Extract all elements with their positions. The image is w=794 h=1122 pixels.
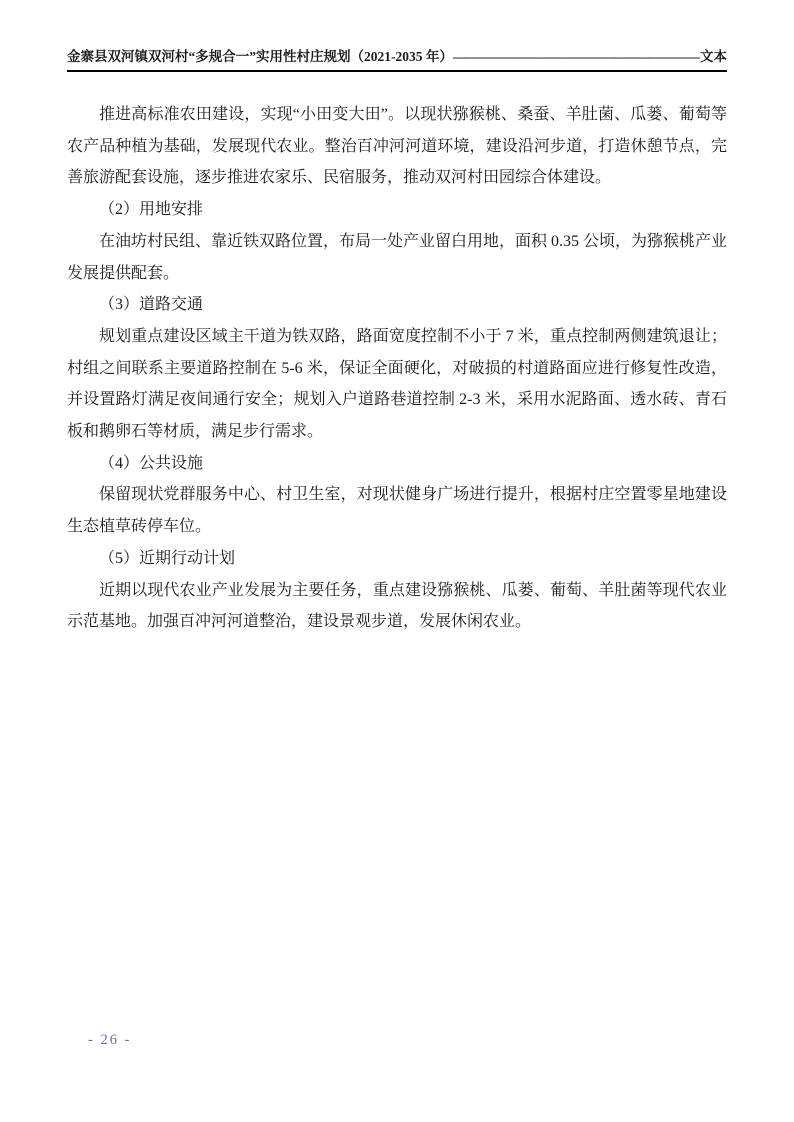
page-header: 金寨县双河镇双河村“多规合一”实用性村庄规划（2021-2035 年） ————… (67, 48, 727, 72)
header-dash-line: —————————————————————— (453, 48, 700, 65)
paragraph: 在油坊村民组、靠近铁双路位置，布局一处产业留白用地，面积 0.35 公顷，为猕猴… (67, 226, 727, 289)
section-heading: （3）道路交通 (67, 289, 727, 321)
paragraph: 规划重点建设区域主干道为铁双路，路面宽度控制不小于 7 米，重点控制两侧建筑退让… (67, 321, 727, 448)
paragraph: 近期以现代农业产业发展为主要任务，重点建设猕猴桃、瓜蒌、葡萄、羊肚菌等现代农业示… (67, 575, 727, 638)
header-suffix-label: 文本 (700, 48, 727, 65)
section-heading: （2）用地安排 (67, 194, 727, 226)
paragraph: 推进高标准农田建设，实现“小田变大田”。以现状猕猴桃、桑蚕、羊肚菌、瓜蒌、葡萄等… (67, 99, 727, 194)
paragraph: 保留现状党群服务中心、村卫生室，对现状健身广场进行提升，根据村庄空置零星地建设生… (67, 479, 727, 542)
document-body: 推进高标准农田建设，实现“小田变大田”。以现状猕猴桃、桑蚕、羊肚菌、瓜蒌、葡萄等… (67, 99, 727, 638)
section-heading: （4）公共设施 (67, 448, 727, 480)
page-number: - 26 - (88, 1032, 131, 1049)
document-page: 金寨县双河镇双河村“多规合一”实用性村庄规划（2021-2035 年） ————… (0, 0, 794, 1122)
section-heading: （5）近期行动计划 (67, 543, 727, 575)
header-title: 金寨县双河镇双河村“多规合一”实用性村庄规划（2021-2035 年） (67, 48, 453, 65)
